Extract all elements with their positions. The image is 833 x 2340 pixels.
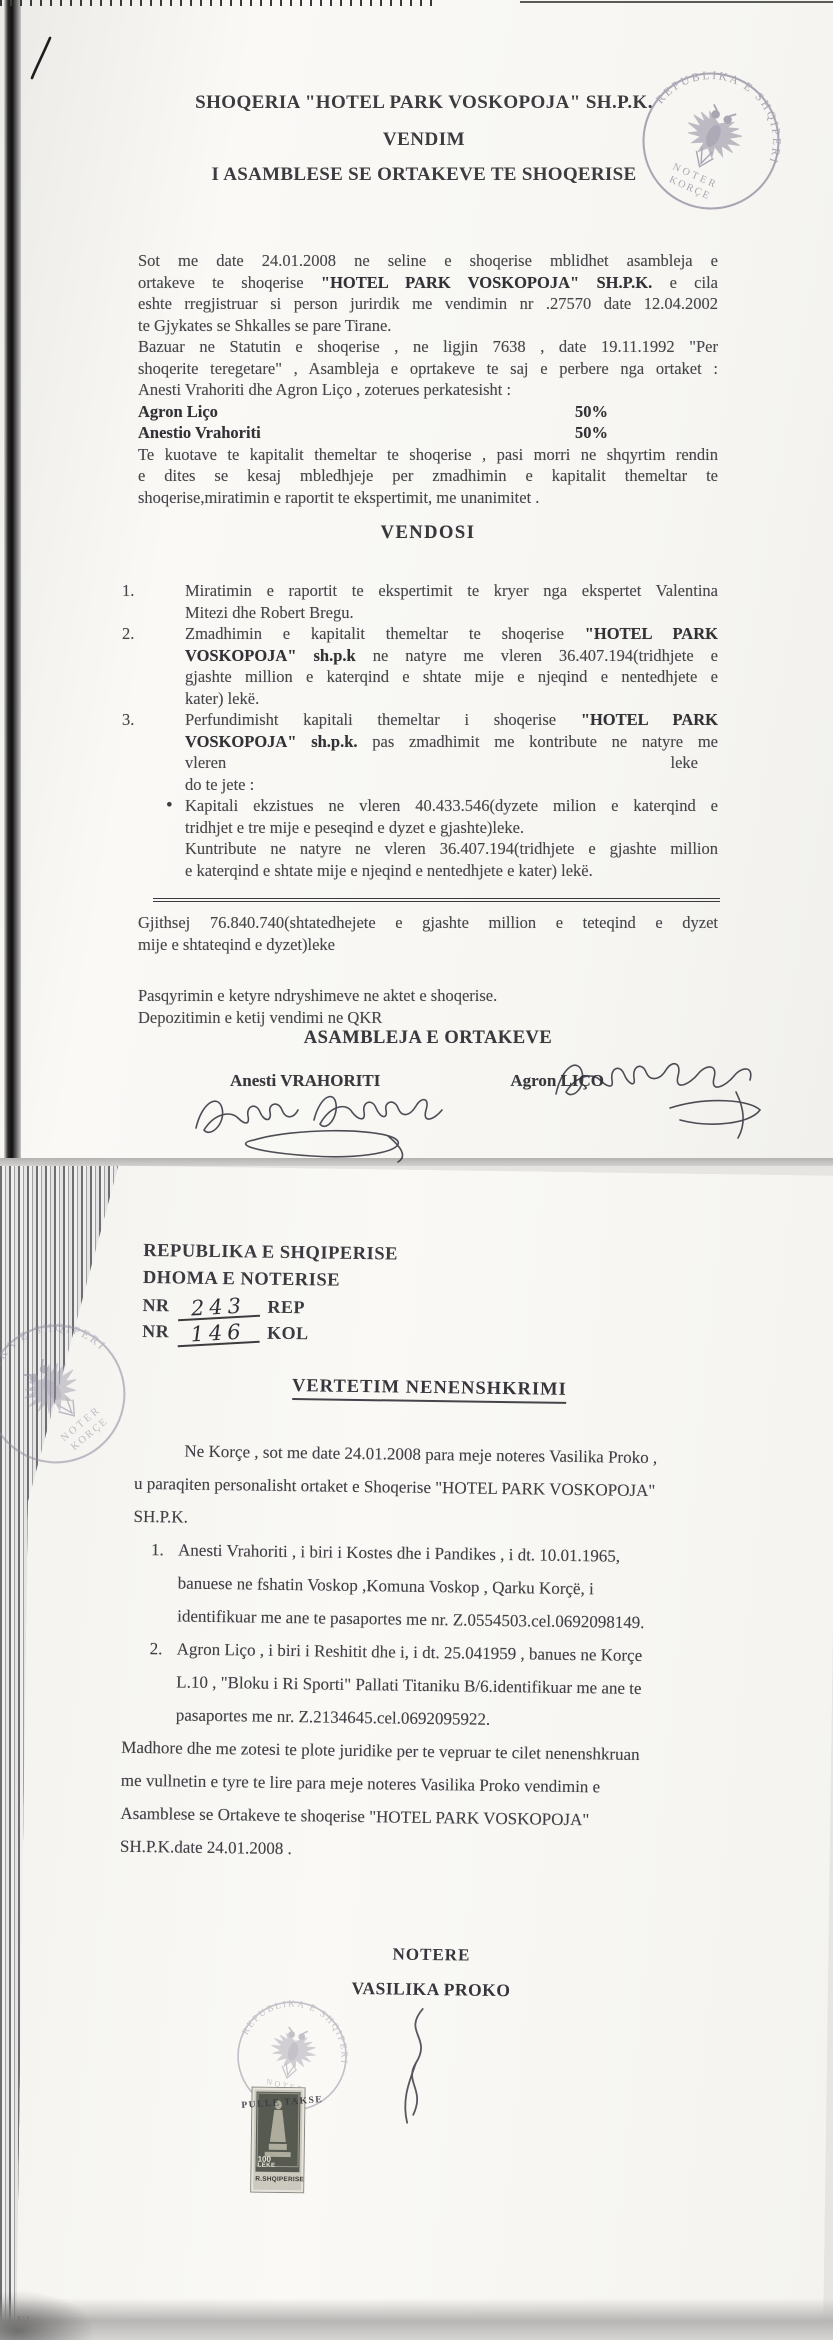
rep-number-line: NR 243 REP <box>142 1292 397 1322</box>
notary-name: VASILIKA PROKO <box>326 1978 536 2002</box>
assembly-subtitle: I ASAMBLESE SE ORTAKEVE TE SHOQERISE <box>130 164 718 186</box>
kol-number-line: NR 146 KOL <box>142 1318 397 1348</box>
text-line: Zmadhimin e kapitalit themeltar te shoqe… <box>185 623 718 645</box>
text-line: do te jete : <box>185 774 718 796</box>
total-paragraph: Gjithsej 76.840.740(shtatedhejete e gjas… <box>138 912 718 955</box>
verification-heading: VERTETIM NENENSHKRIMI <box>124 1374 734 1407</box>
text-line: Agron Liço50% <box>138 401 718 423</box>
handwritten-kol-number: 146 <box>177 1321 260 1348</box>
kol-label: KOL <box>267 1320 309 1347</box>
text-line: vlerenleke <box>185 752 718 774</box>
signature-anesti-vrahoriti <box>188 1076 450 1164</box>
republic-line: REPUBLIKA E SHQIPERISE <box>143 1238 398 1269</box>
chamber-line: DHOMA E NOTERISE <box>143 1265 398 1296</box>
notere-label: NOTERE <box>326 1944 536 1967</box>
page-vertetim: REPUBLIKA E SHQIPERISE DHOMA E NOTERISE … <box>0 1166 833 2340</box>
text-line: Miratimin e raportit te ekspertimit te k… <box>185 580 718 602</box>
text-line: VOSKOPOJA" sh.p.k ne natyre me vleren 36… <box>185 645 718 667</box>
decision-item-text: Perfundimisht kapitali themeltar i shoqe… <box>185 709 718 881</box>
text-line: Depozitimin e ketij vendimi ne QKR <box>138 1007 718 1029</box>
text-line: Te kuotave te kapitalit themeltar te sho… <box>138 444 718 466</box>
decision-body: Sot me date 24.01.2008 ne seline e shoqe… <box>138 250 718 1091</box>
signature-agron-lico <box>548 1036 780 1144</box>
text-line: shoqerite teregetare" , Asambleja e oprt… <box>138 358 718 380</box>
text-line: gjashte million e katerqind e shtate mij… <box>185 666 718 688</box>
scan-bottom-shadow <box>0 2298 833 2340</box>
text-line: Pasqyrimin e ketyre ndryshimeve ne aktet… <box>138 985 718 1007</box>
text-line: eshte rregjistruar si person jurirdik me… <box>138 293 718 315</box>
stamp-value: 100 LEKE <box>257 2156 275 2170</box>
text-line: Gjithsej 76.840.740(shtatedhejete e gjas… <box>138 912 718 934</box>
company-title: SHOQERIA "HOTEL PARK VOSKOPOJA" SH.P.K. <box>130 92 718 114</box>
text-line: Kapitali ekzistues ne vleren 40.433.546(… <box>185 795 718 817</box>
document-title-block: SHOQERIA "HOTEL PARK VOSKOPOJA" SH.P.K. … <box>130 92 718 186</box>
notary-signature-block: NOTERE VASILIKA PROKO <box>326 1944 537 2002</box>
decision-title: VENDIM <box>130 129 718 151</box>
intro-paragraph: Sot me date 24.01.2008 ne seline e shoqe… <box>138 250 718 508</box>
scan-top-line <box>520 1 833 3</box>
list-number: 2. <box>122 623 185 709</box>
text-line: VOSKOPOJA" sh.p.k. pas zmadhimit me kont… <box>185 731 718 753</box>
notary-header: REPUBLIKA E SHQIPERISE DHOMA E NOTERISE … <box>142 1238 398 1348</box>
text-line: Perfundimisht kapitali themeltar i shoqe… <box>185 709 718 731</box>
scan-corner-blot <box>0 2290 95 2340</box>
text-line: tridhjet e tre mije e peseqind e dyzet e… <box>185 817 718 839</box>
text-line: Anesti Vrahoriti dhe Agron Liço , zoteru… <box>138 379 718 401</box>
handwritten-rep-number: 243 <box>177 1295 260 1322</box>
text-line: ortakeve te shoqerise "HOTEL PARK VOSKOP… <box>138 272 718 294</box>
scan-tick-marks <box>0 0 438 6</box>
stamp-country: R.SHQIPERISE <box>255 2172 299 2188</box>
text-line: e dites se kesaj mbledhjeje per zmadhimi… <box>138 465 718 487</box>
rep-label: REP <box>267 1294 305 1321</box>
verification-heading-text: VERTETIM NENENSHKRIMI <box>292 1376 567 1404</box>
text-line: kater) lekë. <box>185 688 718 710</box>
scanned-document: SHOQERIA "HOTEL PARK VOSKOPOJA" SH.P.K. … <box>0 0 833 2340</box>
text-line: Kuntribute ne natyre ne vleren 36.407.19… <box>185 838 718 860</box>
text-line: e katerqind e shtate mije e njeqind e ne… <box>185 860 718 882</box>
text-line: Bazuar ne Statutin e shoqerise , ne ligj… <box>138 336 718 358</box>
decision-item: 3. Perfundimisht kapitali themeltar i sh… <box>122 709 718 881</box>
text-line: Mitezi dhe Robert Bregu. <box>185 602 718 624</box>
text-line: shoqerise,miratimin e raportit te eksper… <box>138 487 718 509</box>
list-number: 1. <box>122 580 185 623</box>
text-line: te Gjykates se Shkalles se pare Tirane. <box>138 315 718 337</box>
text-line: mije e shtateqind e dyzet)leke <box>138 934 718 956</box>
decision-item-text: Miratimin e raportit te ekspertimit te k… <box>185 580 718 623</box>
decision-list: 1. Miratimin e raportit te ekspertimit t… <box>122 580 718 881</box>
nr-label: NR <box>142 1318 169 1344</box>
decision-item: 2. Zmadhimin e kapitalit themeltar te sh… <box>122 623 718 709</box>
closing-paragraph: Pasqyrimin e ketyre ndryshimeve ne aktet… <box>138 985 718 1028</box>
page-vendim: SHOQERIA "HOTEL PARK VOSKOPOJA" SH.P.K. … <box>0 0 833 1158</box>
sum-divider-rule <box>153 898 720 902</box>
vendosi-heading: VENDOSI <box>138 523 718 544</box>
list-number: 3. <box>122 709 185 881</box>
scanner-edge-strip <box>4 0 21 1158</box>
decision-item: 1. Miratimin e raportit te ekspertimit t… <box>122 580 718 623</box>
verification-body: Ne Korçe , sot me date 24.01.2008 para m… <box>129 1434 741 1871</box>
stamp-value-unit: LEKE <box>257 2163 275 2170</box>
signature-vasilika-proko <box>379 2002 451 2133</box>
decision-item-text: Zmadhimin e kapitalit themeltar te shoqe… <box>185 623 718 709</box>
text-line: Sot me date 24.01.2008 ne seline e shoqe… <box>138 250 718 272</box>
notary-sheet: REPUBLIKA E SHQIPERISE DHOMA E NOTERISE … <box>16 1164 833 2327</box>
text-line: Anestio Vrahoriti50% <box>138 422 718 444</box>
handwritten-slash-mark <box>26 32 56 82</box>
nr-label: NR <box>142 1292 169 1318</box>
